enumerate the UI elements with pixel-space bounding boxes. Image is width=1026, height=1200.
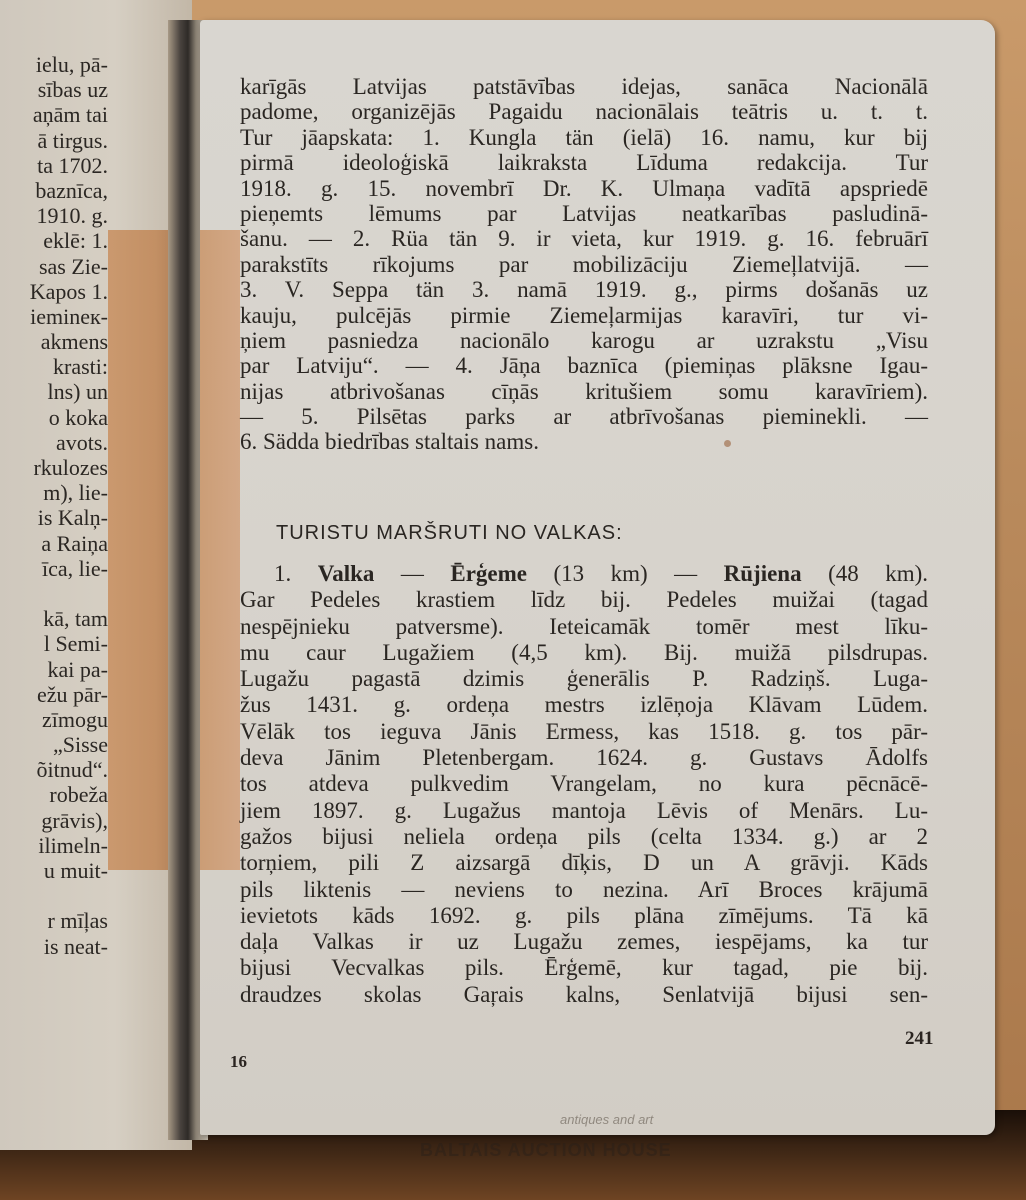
left-line: baznīca, <box>0 178 108 203</box>
left-line: u muit- <box>0 858 108 883</box>
route-number: 1. <box>274 561 291 586</box>
tape-strip-right <box>200 230 240 870</box>
route-1-paragraph: 1. Valka — Ērģeme (13 km) — Rūjiena (48 … <box>240 561 928 1008</box>
left-line: grāvis), <box>0 808 108 833</box>
text-line: šanu. — 2. Rüa tän 9. ir vieta, kur 1919… <box>240 226 928 251</box>
text-line: padome, organizējās Pagaidu nacionālais … <box>240 99 928 124</box>
left-line: kā, tam <box>0 606 108 631</box>
left-line: sas Zie- <box>0 254 108 279</box>
left-line: ežu pār- <box>0 682 108 707</box>
left-line: iemineк- <box>0 304 108 329</box>
text-line: karīgās Latvijas patstāvības idejas, san… <box>240 74 928 99</box>
route-to-distance: (48 km). <box>802 561 928 586</box>
text-line: Vēlāk tos ieguva Jānis Ermess, kas 1518.… <box>240 719 928 745</box>
left-line: l Semi- <box>0 631 108 656</box>
text-line: Gar Pedeles krastiem līdz bij. Pedeles m… <box>240 587 928 613</box>
left-line: m), lie- <box>0 480 108 505</box>
text-line: — 5. Pilsētas parks ar atbrīvošanas piem… <box>240 404 928 429</box>
text-line: nespējnieku patversme). Ieteicamāk tomēr… <box>240 614 928 640</box>
left-page: ielu, pā- sības uz aņām tai ā tirgus. ta… <box>0 0 192 1150</box>
left-line: aņām tai <box>0 102 108 127</box>
text-line: 3. V. Seppa tän 3. namā 1919. g., pirms … <box>240 277 928 302</box>
left-line: „Sisse <box>0 732 108 757</box>
left-page-text: ielu, pā- sības uz aņām tai ā tirgus. ta… <box>0 52 108 959</box>
route-title-line: 1. Valka — Ērģeme (13 km) — Rūjiena (48 … <box>240 561 928 587</box>
left-line: ielu, pā- <box>0 52 108 77</box>
section-heading: TURISTU MARŠRUTI NO VALKAS: <box>276 522 623 545</box>
text-line: Tur jāapskata: 1. Kungla tän (ielā) 16. … <box>240 125 928 150</box>
left-line: Kapos 1. <box>0 279 108 304</box>
route-via: Ērģeme <box>450 561 527 586</box>
text-line: parakstīts rīkojums par mobilizāciju Zie… <box>240 252 928 277</box>
left-line: a Raiņa <box>0 531 108 556</box>
text-line: 1918. g. 15. novembrī Dr. K. Ulmaņa vadī… <box>240 176 928 201</box>
watermark-tagline: antiques and art <box>560 1112 653 1127</box>
left-line: akmens <box>0 329 108 354</box>
text-line: torņiem, pili Z aizsargā dīķis, D un A g… <box>240 850 928 876</box>
route-dash: — <box>374 561 450 586</box>
left-line: zīmogu <box>0 707 108 732</box>
text-line: deva Jānim Pletenbergam. 1624. g. Gustav… <box>240 745 928 771</box>
left-line: rkulozes <box>0 455 108 480</box>
text-line: par Latviju“. — 4. Jāņa baznīca (piemiņa… <box>240 353 928 378</box>
left-page-number: 16 <box>230 1052 247 1072</box>
text-line: ievietots kāds 1692. g. pils plāna zīmēj… <box>240 903 928 929</box>
left-line <box>0 581 108 606</box>
text-line: pirmā ideoloģiskā laikraksta Līduma reda… <box>240 150 928 175</box>
left-line: is neat- <box>0 934 108 959</box>
left-line <box>0 883 108 908</box>
text-line: nijas atbrivošanas cīņās kritušiem somu … <box>240 379 928 404</box>
text-line: žus 1431. g. ordeņa mestrs izlēņoja Klāv… <box>240 692 928 718</box>
watermark-brand: BALTAIS AUCTION HOUSE <box>420 1140 672 1161</box>
tape-strip-left <box>108 230 176 870</box>
left-line: o koka <box>0 405 108 430</box>
left-line: is Kalņ- <box>0 505 108 530</box>
text-line: Lugažu pagastā dzimis ģenerālis P. Radzi… <box>240 666 928 692</box>
left-line: avots. <box>0 430 108 455</box>
text-line: jiem 1897. g. Lugažus mantoja Lēvis of M… <box>240 798 928 824</box>
text-line: ņiem pasniedza nacionālo karogu ar uzrak… <box>240 328 928 353</box>
left-line: ā tirgus. <box>0 128 108 153</box>
route-via-distance: (13 km) — <box>527 561 724 586</box>
left-line: õitnud“. <box>0 757 108 782</box>
text-line: bijusi Vecvalkas pils. Ērģemē, kur tagad… <box>240 955 928 981</box>
left-line: ta 1702. <box>0 153 108 178</box>
text-line: gažos bijusi neliela ordeņa pils (celta … <box>240 824 928 850</box>
text-line: pieņemts lēmums par Latvijas neatkarības… <box>240 201 928 226</box>
text-line: draudzes skolas Gaŗais kalns, Senlatvijā… <box>240 982 928 1008</box>
route-from: Valka <box>318 561 375 586</box>
left-line: ilimeln- <box>0 833 108 858</box>
left-line: 1910. g. <box>0 203 108 228</box>
text-line: daļa Valkas ir uz Lugažu zemes, iespējam… <box>240 929 928 955</box>
text-line: tos atdeva pulkvedim Vrangelam, no kura … <box>240 771 928 797</box>
left-line: robeža <box>0 782 108 807</box>
left-line: īca, lie- <box>0 556 108 581</box>
left-line: sības uz <box>0 77 108 102</box>
ink-stain <box>724 440 731 447</box>
left-line: krasti: <box>0 354 108 379</box>
left-line: lns) un <box>0 379 108 404</box>
left-line: r mīļas <box>0 908 108 933</box>
right-page-number: 241 <box>905 1028 934 1050</box>
text-line: kauju, pulcējās pirmie Ziemeļarmijas kar… <box>240 303 928 328</box>
route-to: Rūjiena <box>724 561 802 586</box>
text-line: mu caur Lugažiem (4,5 km). Bij. muižā pi… <box>240 640 928 666</box>
left-line: eklē: 1. <box>0 228 108 253</box>
left-line: kai pa- <box>0 657 108 682</box>
intro-paragraph: karīgās Latvijas patstāvības idejas, san… <box>240 74 928 455</box>
text-line: pils liktenis — neviens to nezina. Arī B… <box>240 877 928 903</box>
text-line: 6. Sädda biedrības staltais nams. <box>240 429 928 454</box>
